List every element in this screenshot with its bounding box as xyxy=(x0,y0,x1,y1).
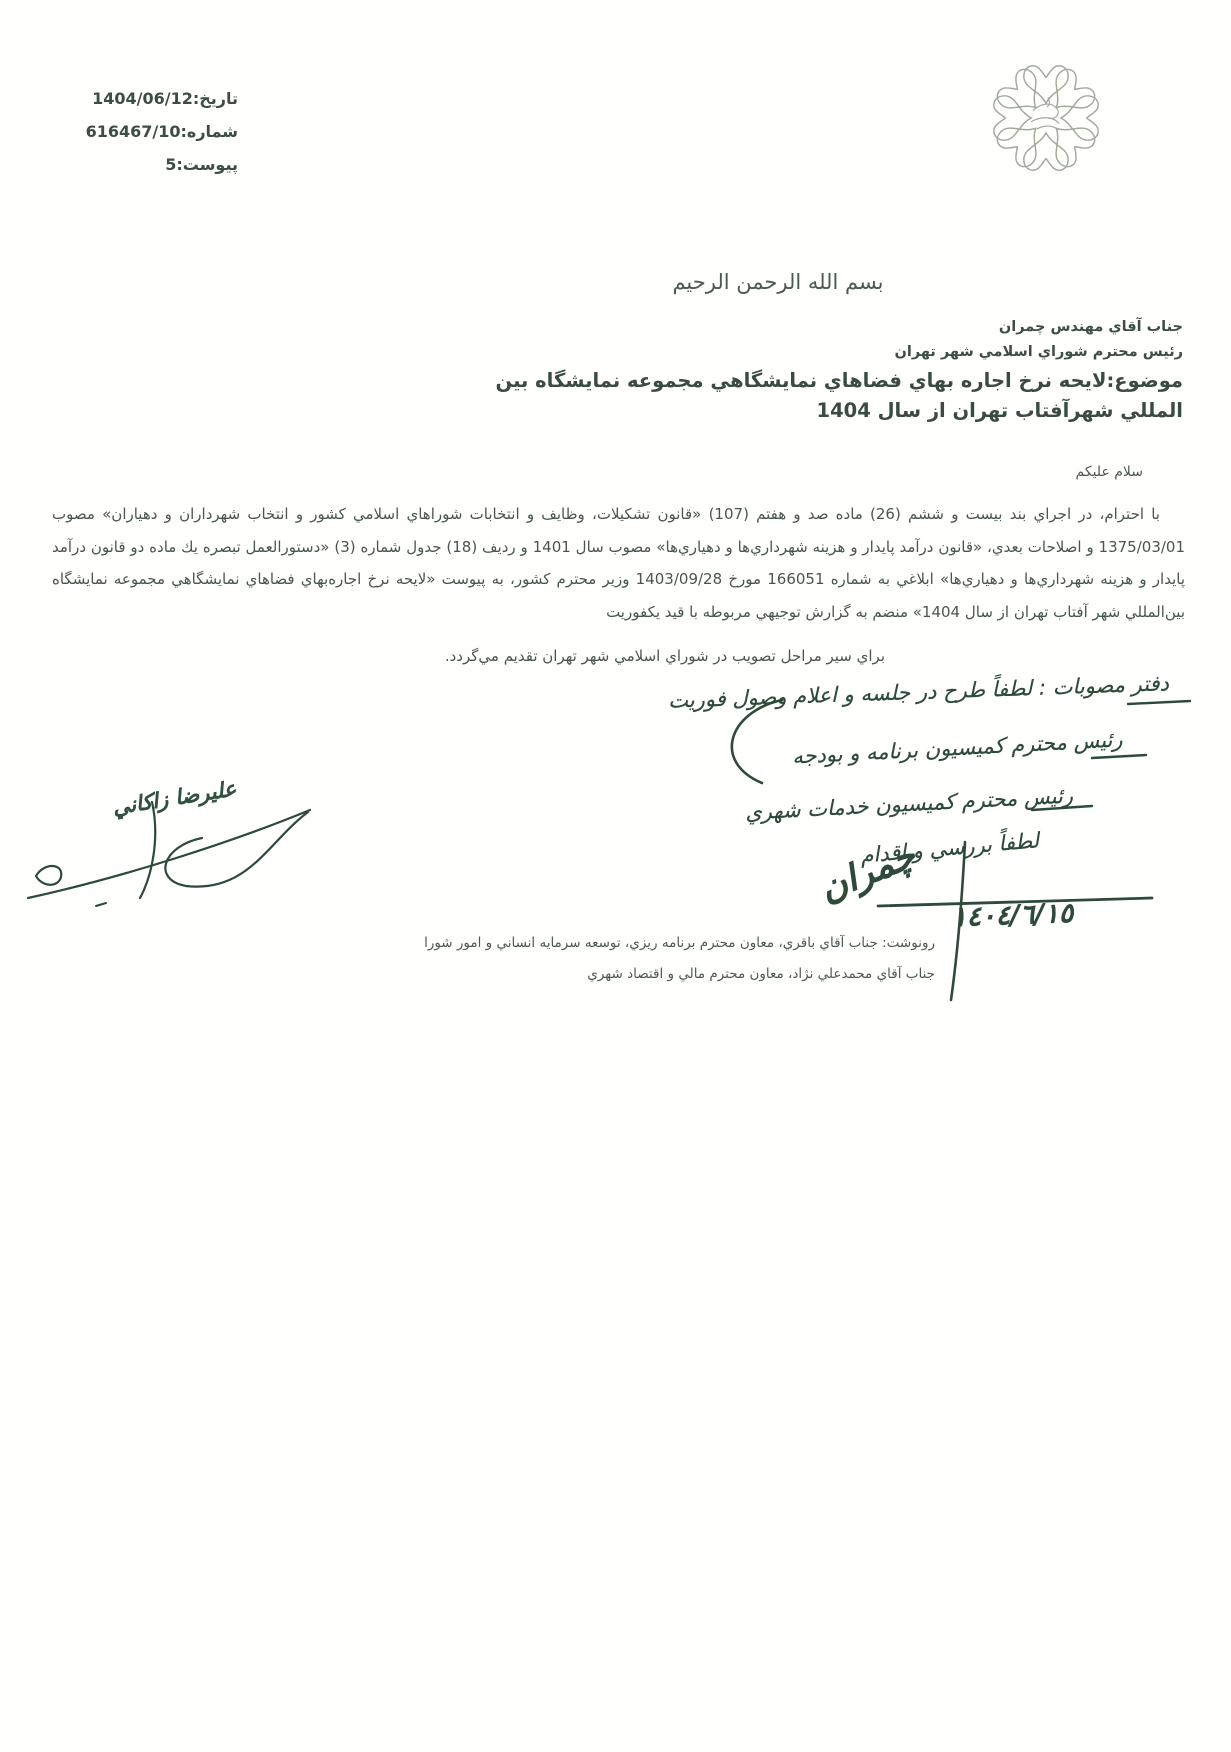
meta-date: تاريخ:1404/06/12 xyxy=(68,82,238,115)
ink-strokes-overlay xyxy=(0,0,1231,1752)
cc-block: رونوشت: جناب آقاي باقري، معاون محترم برن… xyxy=(424,928,935,990)
zakani-initial-loop xyxy=(36,866,61,885)
letter-meta-block: تاريخ:1404/06/12 شماره:616467/10 پيوست:5 xyxy=(68,82,238,181)
recipient-title: رئيس محترم شوراي اسلامي شهر تهران xyxy=(894,340,1183,365)
zakani-descender-stroke xyxy=(140,802,155,898)
note1-dash xyxy=(1128,701,1190,704)
recipient-block: جناب آقاي مهندس چمران رئيس محترم شوراي ا… xyxy=(894,315,1183,365)
salutation: سلام عليكم xyxy=(1076,464,1143,480)
zakani-swoosh-loop xyxy=(165,812,308,887)
scanned-letter-page: تاريخ:1404/06/12 شماره:616467/10 پيوست:5 xyxy=(0,0,1231,1752)
body-paragraph: با احترام، در اجراي بند بيست و ششم (26) … xyxy=(52,498,1185,628)
meta-number: شماره:616467/10 xyxy=(68,115,238,148)
tehran-municipality-logo-icon xyxy=(985,52,1107,184)
zakani-swoosh-main xyxy=(28,810,310,898)
handwritten-note-budget-commission: رئيس محترم كميسيون برنامه و بودجه xyxy=(792,727,1123,768)
cc-line-1: رونوشت: جناب آقاي باقري، معاون محترم برن… xyxy=(424,928,935,959)
handwritten-date: ١٤٠٤/٦/١٥ xyxy=(951,898,1073,933)
subject-block: موضوع:لايحه نرخ اجاره بهاي فضاهاي نمايشگ… xyxy=(373,366,1183,426)
cc-line-2: جناب آقاي محمدعلي نژاد، معاون محترم مالي… xyxy=(424,959,935,990)
zakani-small-dash xyxy=(96,903,106,906)
note2-dash xyxy=(1092,755,1146,758)
basmala: بسم الله الرحمن الرحيم xyxy=(628,270,928,294)
body-closing-line: براي سير مراحل تصويب در شوراي اسلامي شهر… xyxy=(52,640,1185,672)
recipient-name: جناب آقاي مهندس چمران xyxy=(894,315,1183,340)
handwritten-note-secretariat: دفتر مصوبات : لطفاً طرح در جلسه و اعلام … xyxy=(668,671,1170,712)
curly-bracket-stroke xyxy=(732,700,782,783)
handwritten-note-urban-services-commission: رئيس محترم كميسيون خدمات شهري xyxy=(745,783,1074,824)
meta-attachment: پيوست:5 xyxy=(68,148,238,181)
logo-svg xyxy=(985,52,1107,184)
zakani-signature-name: عليرضا زاكاني xyxy=(111,776,238,819)
subject-line-2: المللي شهرآفتاب تهران از سال 1404 xyxy=(373,396,1183,426)
subject-line-1: موضوع:لايحه نرخ اجاره بهاي فضاهاي نمايشگ… xyxy=(373,366,1183,396)
